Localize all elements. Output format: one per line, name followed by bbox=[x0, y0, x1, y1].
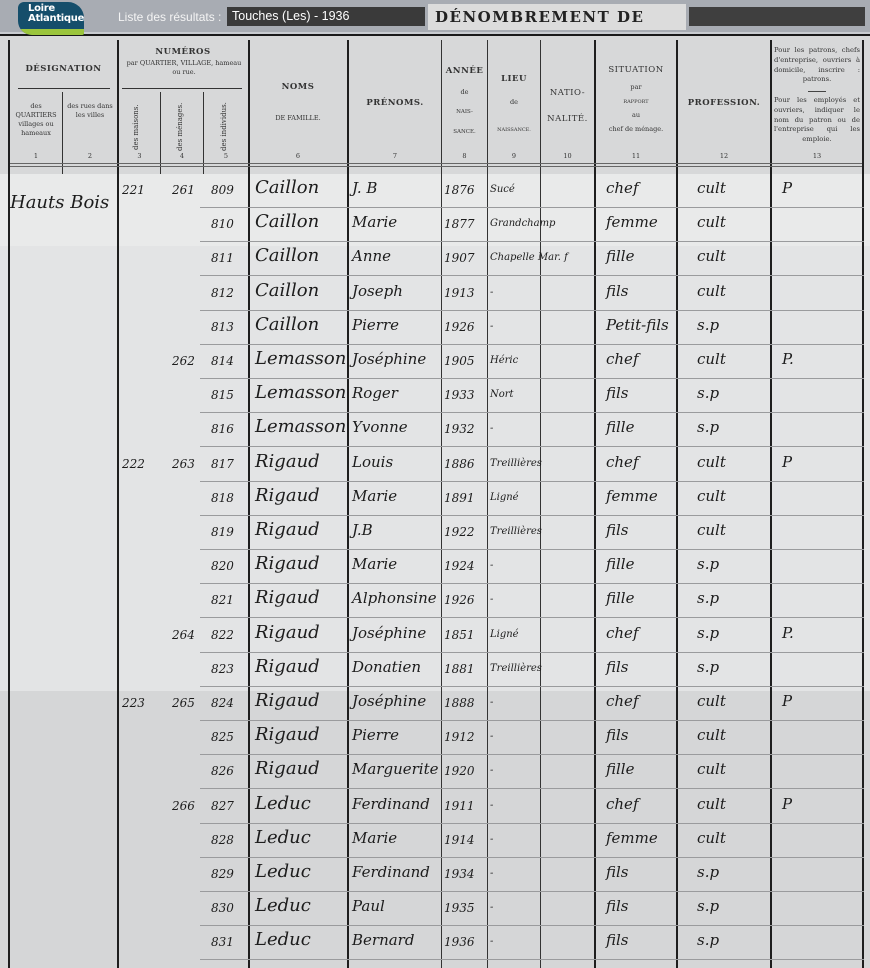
profession: s.p bbox=[697, 897, 719, 915]
house-number: 221 bbox=[122, 183, 145, 197]
header-double-rule bbox=[10, 163, 862, 167]
census-row[interactable]: 816LemassonYvonne1932-filles.p bbox=[0, 413, 870, 447]
individual-number: 809 bbox=[211, 183, 234, 197]
birthplace: Nort bbox=[490, 389, 514, 400]
column-number: 2 bbox=[64, 152, 116, 160]
employer-status: P bbox=[782, 453, 792, 471]
household-relation: fils bbox=[606, 897, 629, 915]
family-name: Caillon bbox=[255, 177, 319, 198]
profession: s.p bbox=[697, 658, 719, 676]
top-bar: Loire Atlantique Liste des résultats : T… bbox=[0, 0, 870, 34]
column-number: 8 bbox=[442, 152, 487, 160]
family-name: Rigaud bbox=[255, 519, 320, 540]
household-number: 263 bbox=[172, 457, 195, 471]
census-row[interactable]: 264822RigaudJoséphine1851Lignéchefs.pP. bbox=[0, 619, 870, 653]
profession: s.p bbox=[697, 589, 719, 607]
individual-number: 816 bbox=[211, 422, 234, 436]
header-natio: NATIO- bbox=[541, 88, 594, 98]
first-name: J.B bbox=[352, 521, 373, 539]
header-brace bbox=[18, 88, 110, 89]
header-noms-sub: DE FAMILLE. bbox=[250, 114, 346, 123]
first-name: Anne bbox=[352, 247, 391, 265]
first-name: Pierre bbox=[352, 726, 399, 744]
row-rule bbox=[200, 959, 864, 960]
header-annee-de: de bbox=[442, 88, 487, 97]
first-name: Donatien bbox=[352, 658, 421, 676]
header-lieu: LIEU bbox=[488, 74, 540, 84]
household-relation: fille bbox=[606, 555, 634, 573]
household-number: 264 bbox=[172, 628, 195, 642]
household-relation: chef bbox=[606, 350, 639, 368]
individual-number: 830 bbox=[211, 901, 234, 915]
birth-year: 1886 bbox=[444, 457, 475, 471]
birth-year: 1926 bbox=[444, 593, 475, 607]
first-name: Marie bbox=[352, 213, 397, 231]
household-number: 261 bbox=[172, 183, 195, 197]
profession: cult bbox=[697, 282, 726, 300]
birthplace: - bbox=[490, 560, 493, 571]
profession: s.p bbox=[697, 555, 719, 573]
family-name: Lemasson bbox=[255, 382, 346, 403]
column-number: 7 bbox=[349, 152, 441, 160]
family-name: Rigaud bbox=[255, 622, 320, 643]
household-relation: fils bbox=[606, 384, 629, 402]
birthplace: Ligné bbox=[490, 629, 519, 640]
individual-number: 827 bbox=[211, 799, 234, 813]
profession: cult bbox=[697, 692, 726, 710]
column-number: 13 bbox=[772, 152, 862, 160]
census-row[interactable]: 831LeducBernard1936-filss.p bbox=[0, 926, 870, 960]
birth-year: 1934 bbox=[444, 867, 475, 881]
first-name: Ferdinand bbox=[352, 863, 430, 881]
family-name: Caillon bbox=[255, 211, 319, 232]
census-row[interactable]: 819RigaudJ.B1922Treillièresfilscult bbox=[0, 516, 870, 550]
household-relation: fille bbox=[606, 247, 634, 265]
census-row[interactable]: 221261809CaillonJ. B1876SucéchefcultP bbox=[0, 174, 870, 208]
first-name: Joséphine bbox=[352, 692, 426, 710]
header-brace bbox=[122, 88, 242, 89]
profession: cult bbox=[697, 795, 726, 813]
census-row[interactable]: 815LemassonRoger1933Nortfilss.p bbox=[0, 379, 870, 413]
census-row[interactable]: 823RigaudDonatien1881Treillièresfilss.p bbox=[0, 653, 870, 687]
birth-year: 1851 bbox=[444, 628, 475, 642]
family-name: Lemasson bbox=[255, 348, 346, 369]
birthplace: - bbox=[490, 321, 493, 332]
column-number: 4 bbox=[161, 152, 203, 160]
column-number: 9 bbox=[488, 152, 540, 160]
individual-number: 812 bbox=[211, 286, 234, 300]
loire-atlantique-logo[interactable]: Loire Atlantique bbox=[18, 2, 84, 35]
header-annee-sance: SANCE. bbox=[442, 128, 487, 137]
column-number: 5 bbox=[204, 152, 248, 160]
family-name: Leduc bbox=[255, 929, 311, 950]
household-number: 262 bbox=[172, 354, 195, 368]
birth-year: 1935 bbox=[444, 901, 475, 915]
census-row[interactable]: 223265824RigaudJoséphine1888-chefcultP bbox=[0, 687, 870, 721]
birthplace: - bbox=[490, 731, 493, 742]
profession: cult bbox=[697, 179, 726, 197]
individual-number: 822 bbox=[211, 628, 234, 642]
header-profession: PROFESSION. bbox=[678, 98, 770, 108]
birth-year: 1912 bbox=[444, 730, 475, 744]
header-designation: DÉSIGNATION bbox=[10, 64, 117, 74]
household-relation: chef bbox=[606, 692, 639, 710]
profession: cult bbox=[697, 760, 726, 778]
family-name: Rigaud bbox=[255, 656, 320, 677]
first-name: Yvonne bbox=[352, 418, 408, 436]
birthplace: Héric bbox=[490, 355, 518, 366]
individual-number: 818 bbox=[211, 491, 234, 505]
header-des-maisons: des maisons. bbox=[132, 98, 140, 156]
first-name: Louis bbox=[352, 453, 393, 471]
household-relation: fils bbox=[606, 863, 629, 881]
family-name: Rigaud bbox=[255, 587, 320, 608]
individual-number: 813 bbox=[211, 320, 234, 334]
first-name: J. B bbox=[352, 179, 377, 197]
birthplace: - bbox=[490, 902, 493, 913]
household-relation: fils bbox=[606, 658, 629, 676]
header-lieu-naissance: NAISSANCE. bbox=[488, 126, 540, 135]
census-row[interactable]: 818RigaudMarie1891Lignéfemmecult bbox=[0, 482, 870, 516]
individual-number: 819 bbox=[211, 525, 234, 539]
results-list-value[interactable]: Touches (Les) - 1936 bbox=[227, 7, 425, 26]
toolbar-placeholder bbox=[689, 7, 865, 26]
logo-text: Loire Atlantique bbox=[28, 4, 84, 24]
birth-year: 1914 bbox=[444, 833, 475, 847]
individual-number: 817 bbox=[211, 457, 234, 471]
family-name: Rigaud bbox=[255, 690, 320, 711]
profession: s.p bbox=[697, 931, 719, 949]
header-lieu-de: de bbox=[488, 98, 540, 107]
family-name: Rigaud bbox=[255, 553, 320, 574]
individual-number: 823 bbox=[211, 662, 234, 676]
census-row[interactable]: 826RigaudMarguerite1920-fillecult bbox=[0, 755, 870, 789]
census-row[interactable]: 820RigaudMarie1924-filles.p bbox=[0, 550, 870, 584]
birth-year: 1876 bbox=[444, 183, 475, 197]
birthplace: - bbox=[490, 936, 493, 947]
birth-year: 1907 bbox=[444, 251, 475, 265]
family-name: Leduc bbox=[255, 895, 311, 916]
first-name: Marie bbox=[352, 555, 397, 573]
family-name: Rigaud bbox=[255, 451, 320, 472]
profession: s.p bbox=[697, 418, 719, 436]
first-name: Joséphine bbox=[352, 350, 426, 368]
individual-number: 810 bbox=[211, 217, 234, 231]
birth-year: 1905 bbox=[444, 354, 475, 368]
employer-status: P bbox=[782, 692, 792, 710]
logo-green-stripe bbox=[18, 29, 84, 35]
individual-number: 831 bbox=[211, 935, 234, 949]
census-row[interactable]: 829LeducFerdinand1934-filss.p bbox=[0, 858, 870, 892]
birth-year: 1922 bbox=[444, 525, 475, 539]
household-relation: fils bbox=[606, 282, 629, 300]
header-des-rues: des rues dans les villes bbox=[64, 102, 116, 120]
census-row[interactable]: 828LeducMarie1914-femmecult bbox=[0, 824, 870, 858]
column-rule bbox=[203, 92, 204, 174]
individual-number: 820 bbox=[211, 559, 234, 573]
column-rule bbox=[160, 92, 161, 174]
profession: cult bbox=[697, 213, 726, 231]
birth-year: 1913 bbox=[444, 286, 475, 300]
census-row[interactable]: 825RigaudPierre1912-filscult bbox=[0, 721, 870, 755]
birth-year: 1926 bbox=[444, 320, 475, 334]
individual-number: 815 bbox=[211, 388, 234, 402]
census-row[interactable]: 813CaillonPierre1926-Petit-filss.p bbox=[0, 311, 870, 345]
family-name: Caillon bbox=[255, 245, 319, 266]
birthplace: - bbox=[490, 868, 493, 879]
birth-year: 1891 bbox=[444, 491, 475, 505]
house-number: 223 bbox=[122, 696, 145, 710]
census-row[interactable]: 812CaillonJoseph1913-filscult bbox=[0, 277, 870, 311]
house-number: 222 bbox=[122, 457, 145, 471]
census-row[interactable]: 811CaillonAnne1907Chapelle Mar. ffillecu… bbox=[0, 242, 870, 276]
header-numeros-sub: par QUARTIER, VILLAGE, hameau ou rue. bbox=[122, 59, 246, 77]
column-number: 6 bbox=[250, 152, 346, 160]
header-situation-au: au bbox=[596, 111, 676, 120]
header-situation-par: par bbox=[596, 83, 676, 92]
first-name: Ferdinand bbox=[352, 795, 430, 813]
employer-status: P. bbox=[782, 624, 794, 642]
household-relation: chef bbox=[606, 453, 639, 471]
header-nalite: NALITÉ. bbox=[541, 114, 594, 124]
census-row[interactable]: 262814LemassonJoséphine1905Héricchefcult… bbox=[0, 345, 870, 379]
household-relation: fils bbox=[606, 521, 629, 539]
birthplace: Treillières bbox=[490, 663, 542, 674]
first-name: Alphonsine bbox=[352, 589, 437, 607]
header-annee: ANNÉE bbox=[442, 66, 487, 76]
header-des-individus: des individus. bbox=[220, 98, 228, 156]
individual-number: 828 bbox=[211, 833, 234, 847]
individual-number: 811 bbox=[211, 251, 234, 265]
census-row[interactable]: 266827LeducFerdinand1911-chefcultP bbox=[0, 790, 870, 824]
profession: cult bbox=[697, 829, 726, 847]
household-relation: femme bbox=[606, 829, 658, 847]
column-number: 3 bbox=[119, 152, 160, 160]
household-relation: femme bbox=[606, 487, 658, 505]
birth-year: 1881 bbox=[444, 662, 475, 676]
family-name: Leduc bbox=[255, 827, 311, 848]
family-name: Rigaud bbox=[255, 485, 320, 506]
profession: s.p bbox=[697, 624, 719, 642]
individual-number: 824 bbox=[211, 696, 234, 710]
results-list-label: Liste des résultats : bbox=[118, 10, 221, 24]
individual-number: 829 bbox=[211, 867, 234, 881]
individual-number: 821 bbox=[211, 593, 234, 607]
household-number: 266 bbox=[172, 799, 195, 813]
employer-status: P bbox=[782, 795, 792, 813]
individual-number: 825 bbox=[211, 730, 234, 744]
column-number: 1 bbox=[12, 152, 60, 160]
family-name: Leduc bbox=[255, 861, 311, 882]
profession: s.p bbox=[697, 316, 719, 334]
census-row[interactable]: 222263817RigaudLouis1886Treillièreschefc… bbox=[0, 448, 870, 482]
first-name: Marie bbox=[352, 487, 397, 505]
header-prenoms: PRÉNOMS. bbox=[349, 98, 441, 108]
family-name: Rigaud bbox=[255, 758, 320, 779]
employer-status: P bbox=[782, 179, 792, 197]
header-numeros: NUMÉROS bbox=[120, 47, 246, 57]
employer-status: P. bbox=[782, 350, 794, 368]
household-relation: Petit-fils bbox=[606, 316, 669, 334]
family-name: Caillon bbox=[255, 314, 319, 335]
census-row[interactable]: 821RigaudAlphonsine1926-filles.p bbox=[0, 584, 870, 618]
first-name: Joseph bbox=[352, 282, 403, 300]
household-relation: fille bbox=[606, 418, 634, 436]
first-name: Bernard bbox=[352, 931, 414, 949]
household-relation: chef bbox=[606, 795, 639, 813]
birthplace: - bbox=[490, 765, 493, 776]
document-title: DÉNOMBREMENT DE 1936. bbox=[428, 4, 686, 30]
birth-year: 1877 bbox=[444, 217, 475, 231]
family-name: Leduc bbox=[255, 793, 311, 814]
birth-year: 1920 bbox=[444, 764, 475, 778]
profession: s.p bbox=[697, 863, 719, 881]
first-name: Marie bbox=[352, 829, 397, 847]
birthplace: - bbox=[490, 697, 493, 708]
birthplace: Treillières bbox=[490, 458, 542, 469]
household-relation: fille bbox=[606, 589, 634, 607]
profession: cult bbox=[697, 350, 726, 368]
profession: cult bbox=[697, 521, 726, 539]
first-name: Pierre bbox=[352, 316, 399, 334]
household-relation: chef bbox=[606, 179, 639, 197]
birthplace: Ligné bbox=[490, 492, 519, 503]
family-name: Rigaud bbox=[255, 724, 320, 745]
household-relation: femme bbox=[606, 213, 658, 231]
individual-number: 826 bbox=[211, 764, 234, 778]
logo-line-2: Atlantique bbox=[28, 14, 84, 24]
census-register-page[interactable]: DÉSIGNATION des QUARTIERS villages ou ha… bbox=[0, 36, 870, 968]
first-name: Marguerite bbox=[352, 760, 438, 778]
family-name: Caillon bbox=[255, 280, 319, 301]
header-des-quartiers: des QUARTIERS villages ou hameaux bbox=[12, 102, 60, 138]
first-name: Paul bbox=[352, 897, 385, 915]
birthplace: - bbox=[490, 800, 493, 811]
birth-year: 1924 bbox=[444, 559, 475, 573]
household-number: 265 bbox=[172, 696, 195, 710]
first-name: Roger bbox=[352, 384, 398, 402]
header-note-employes: Pour les employés et ouvriers, indiquer … bbox=[774, 96, 860, 145]
family-name: Lemasson bbox=[255, 416, 346, 437]
birthplace: Grandchamp bbox=[490, 218, 555, 229]
header-noms: NOMS bbox=[250, 82, 346, 92]
birthplace: - bbox=[490, 594, 493, 605]
header-annee-nais: NAIS- bbox=[442, 108, 487, 117]
birthplace: Sucé bbox=[490, 184, 515, 195]
birthplace: - bbox=[490, 287, 493, 298]
header-situation-chef: chef de ménage. bbox=[596, 125, 676, 134]
profession: cult bbox=[697, 726, 726, 744]
note-separator bbox=[808, 91, 826, 92]
birthplace: Treillières bbox=[490, 526, 542, 537]
household-relation: fille bbox=[606, 760, 634, 778]
column-rule bbox=[62, 92, 63, 174]
individual-number: 814 bbox=[211, 354, 234, 368]
household-relation: fils bbox=[606, 931, 629, 949]
first-name: Joséphine bbox=[352, 624, 426, 642]
header-situation-rapport: RAPPORT bbox=[596, 98, 676, 107]
birthplace: - bbox=[490, 834, 493, 845]
birthplace: - bbox=[490, 423, 493, 434]
profession: cult bbox=[697, 453, 726, 471]
birth-year: 1936 bbox=[444, 935, 475, 949]
birth-year: 1911 bbox=[444, 799, 475, 813]
census-row[interactable]: 830LeducPaul1935-filss.p bbox=[0, 892, 870, 926]
household-relation: fils bbox=[606, 726, 629, 744]
birth-year: 1888 bbox=[444, 696, 475, 710]
birthplace: Chapelle Mar. f bbox=[490, 252, 568, 263]
profession: cult bbox=[697, 247, 726, 265]
header-note-patrons: Pour les patrons, chefs d'entreprise, ou… bbox=[774, 46, 860, 85]
profession: cult bbox=[697, 487, 726, 505]
profession: s.p bbox=[697, 384, 719, 402]
household-relation: chef bbox=[606, 624, 639, 642]
header-situation: SITUATION bbox=[596, 65, 676, 75]
column-number: 10 bbox=[541, 152, 594, 160]
census-row[interactable]: 810CaillonMarie1877Grandchampfemmecult bbox=[0, 208, 870, 242]
column-number: 11 bbox=[596, 152, 676, 160]
header-des-menages: des ménages. bbox=[176, 98, 184, 156]
birth-year: 1932 bbox=[444, 422, 475, 436]
birth-year: 1933 bbox=[444, 388, 475, 402]
column-number: 12 bbox=[678, 152, 770, 160]
